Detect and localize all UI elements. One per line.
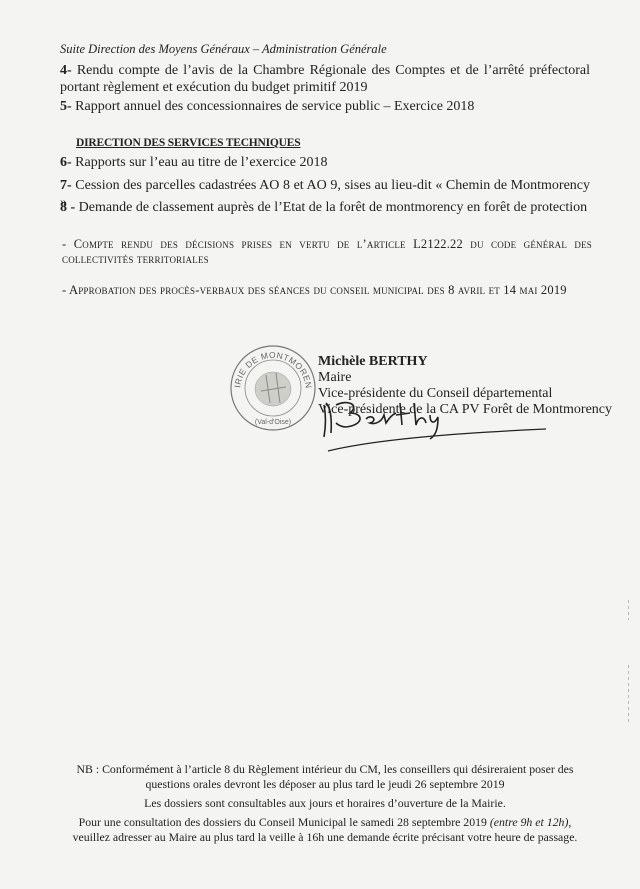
- scan-edge-mark: [628, 600, 629, 620]
- footer-saturday-a: Pour une consultation des dossiers du Co…: [79, 815, 490, 829]
- signatory-name: Michèle BERTHY: [318, 354, 612, 370]
- item-number: 5-: [60, 99, 72, 114]
- footer-consult: Les dossiers sont consultables aux jours…: [60, 796, 590, 811]
- agenda-item-6: 6- Rapports sur l’eau au titre de l’exer…: [60, 154, 590, 171]
- item-number: 7-: [60, 178, 72, 193]
- agenda-item-8: 8 - Demande de classement auprès de l’Et…: [60, 199, 590, 216]
- section-title-technique: DIRECTION DES SERVICES TECHNIQUES: [76, 137, 300, 149]
- mairie-seal-icon: MAIRIE DE MONTMORENCY (Val-d'Oise): [228, 343, 318, 433]
- signatory-title-maire: Maire: [318, 370, 612, 386]
- agenda-item-4: 4- Rendu compte de l’avis de la Chambre …: [60, 62, 590, 96]
- footer-saturday-hours: (entre 9h et 12h),: [490, 815, 571, 829]
- scan-edge-mark: [628, 665, 629, 725]
- handwritten-signature-icon: [318, 393, 558, 453]
- footer-saturday-b: veuillez adresser au Maire au plus tard …: [73, 830, 578, 844]
- item-text: Demande de classement auprès de l’Etat d…: [79, 200, 587, 215]
- agenda-item-5: 5- Rapport annuel des concessionnaires d…: [60, 98, 590, 115]
- item-number: 8 -: [60, 200, 75, 215]
- item-number: 4-: [60, 63, 72, 78]
- item-number: 6-: [60, 155, 72, 170]
- other-point-proces-verbaux: - Approbation des procès-verbaux des séa…: [62, 283, 592, 298]
- footer-saturday: Pour une consultation des dossiers du Co…: [60, 815, 590, 845]
- svg-text:(Val-d'Oise): (Val-d'Oise): [255, 419, 291, 426]
- footer-nb: NB : Conformément à l’article 8 du Règle…: [60, 762, 590, 792]
- item-text: Rapport annuel des concessionnaires de s…: [75, 99, 474, 114]
- other-point-decisions: - Compte rendu des décisions prises en v…: [62, 237, 592, 267]
- continuation-heading: Suite Direction des Moyens Généraux – Ad…: [60, 42, 387, 57]
- item-text: Rendu compte de l’avis de la Chambre Rég…: [60, 63, 590, 95]
- item-text: Rapports sur l’eau au titre de l’exercic…: [75, 155, 327, 170]
